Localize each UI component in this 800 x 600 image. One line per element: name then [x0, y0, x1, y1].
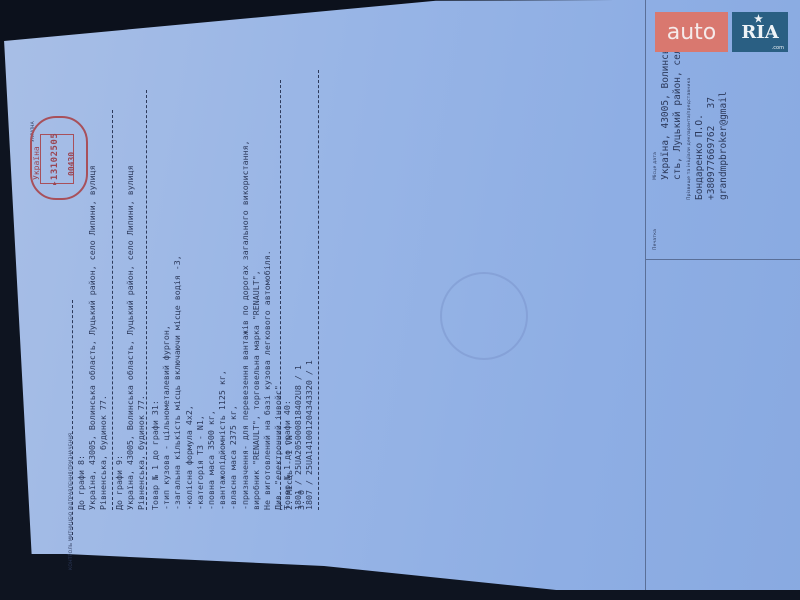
watermark-ria: ★ RIA .com — [732, 12, 788, 52]
box31-line: -призначення- для перевезення вантажів п… — [240, 140, 251, 510]
box40-title: Товар № 1 до графи 40: — [282, 360, 293, 510]
box9-section: До графи 9: Україна, 43005, Волинська об… — [114, 165, 148, 510]
box31-line: виробник "RENAULT", торговельна марка "R… — [251, 140, 262, 510]
watermark-suffix: .com — [772, 45, 784, 51]
box40-line: 1801 / 25UA205000818402U8 / 1 — [293, 360, 304, 510]
stamp-number: ▸13102505 — [50, 133, 61, 186]
autoria-watermark: auto ★ RIA .com — [655, 12, 788, 52]
box31-line: -повна маса 3500 кг, — [206, 140, 217, 510]
stamp-country: Україна — [31, 146, 42, 180]
box8-section: До графи 8: Україна, 43005, Волинська об… — [76, 165, 110, 510]
contact-name: Бондаренко П.О. — [694, 91, 706, 200]
box31-line: -колісна формула 4х2, — [184, 140, 195, 510]
box8-line: Україна, 43005, Волинська область, Луцьк… — [87, 165, 98, 510]
divider — [112, 110, 113, 510]
star-icon: ★ — [754, 14, 763, 25]
box31-line: -загальна кількість місць включаючи місц… — [172, 140, 183, 510]
footer-label: КОНТРОЛЬ МИТНИЦЕЮ ВІДПРАВЛЕННЯ/ПРИЗНАЧЕН… — [66, 433, 77, 570]
contact-email: grandmpbroker@gmail — [718, 91, 730, 200]
panel-divider — [645, 259, 800, 260]
box31-title: Товар № 1 до графи 31: — [150, 140, 161, 510]
box31-line: Не виготовлений на базі кузова легкового… — [262, 140, 273, 510]
divider — [318, 70, 319, 510]
box8-line: Рівненська, будинок 77. — [98, 165, 109, 510]
box31-line: -категорія ТЗ - N1, — [195, 140, 206, 510]
declarant-contact: Бондаренко П.О. +380977669762 37 grandmp… — [694, 91, 730, 200]
box31-line: -тип кузова - цільнометалевий фургон, — [161, 140, 172, 510]
panel-border — [645, 0, 646, 590]
box40-line: 1807 / 25UA141001204343320 / 1 — [304, 360, 315, 510]
box8-title: До графи 8: — [76, 165, 87, 510]
divider — [146, 90, 147, 510]
box9-title: До графи 9: — [114, 165, 125, 510]
stamp-label: Печатка — [650, 229, 661, 250]
box31-line: -вантажопідйомність 1125 кг, — [217, 140, 228, 510]
box9-line: Україна, 43005, Волинська область, Луцьк… — [125, 165, 136, 510]
contact-phone: +380977669762 37 — [706, 91, 718, 200]
box40-section: Товар № 1 до графи 40: 1801 / 25UA205000… — [282, 360, 316, 510]
box31-line: -власна маса 2375 кг, — [228, 140, 239, 510]
divider — [280, 80, 281, 510]
rotated-document: УКРАЇНА Україна ▸13102505 00430 До графи… — [0, 0, 800, 600]
watermark-auto: auto — [655, 12, 728, 52]
